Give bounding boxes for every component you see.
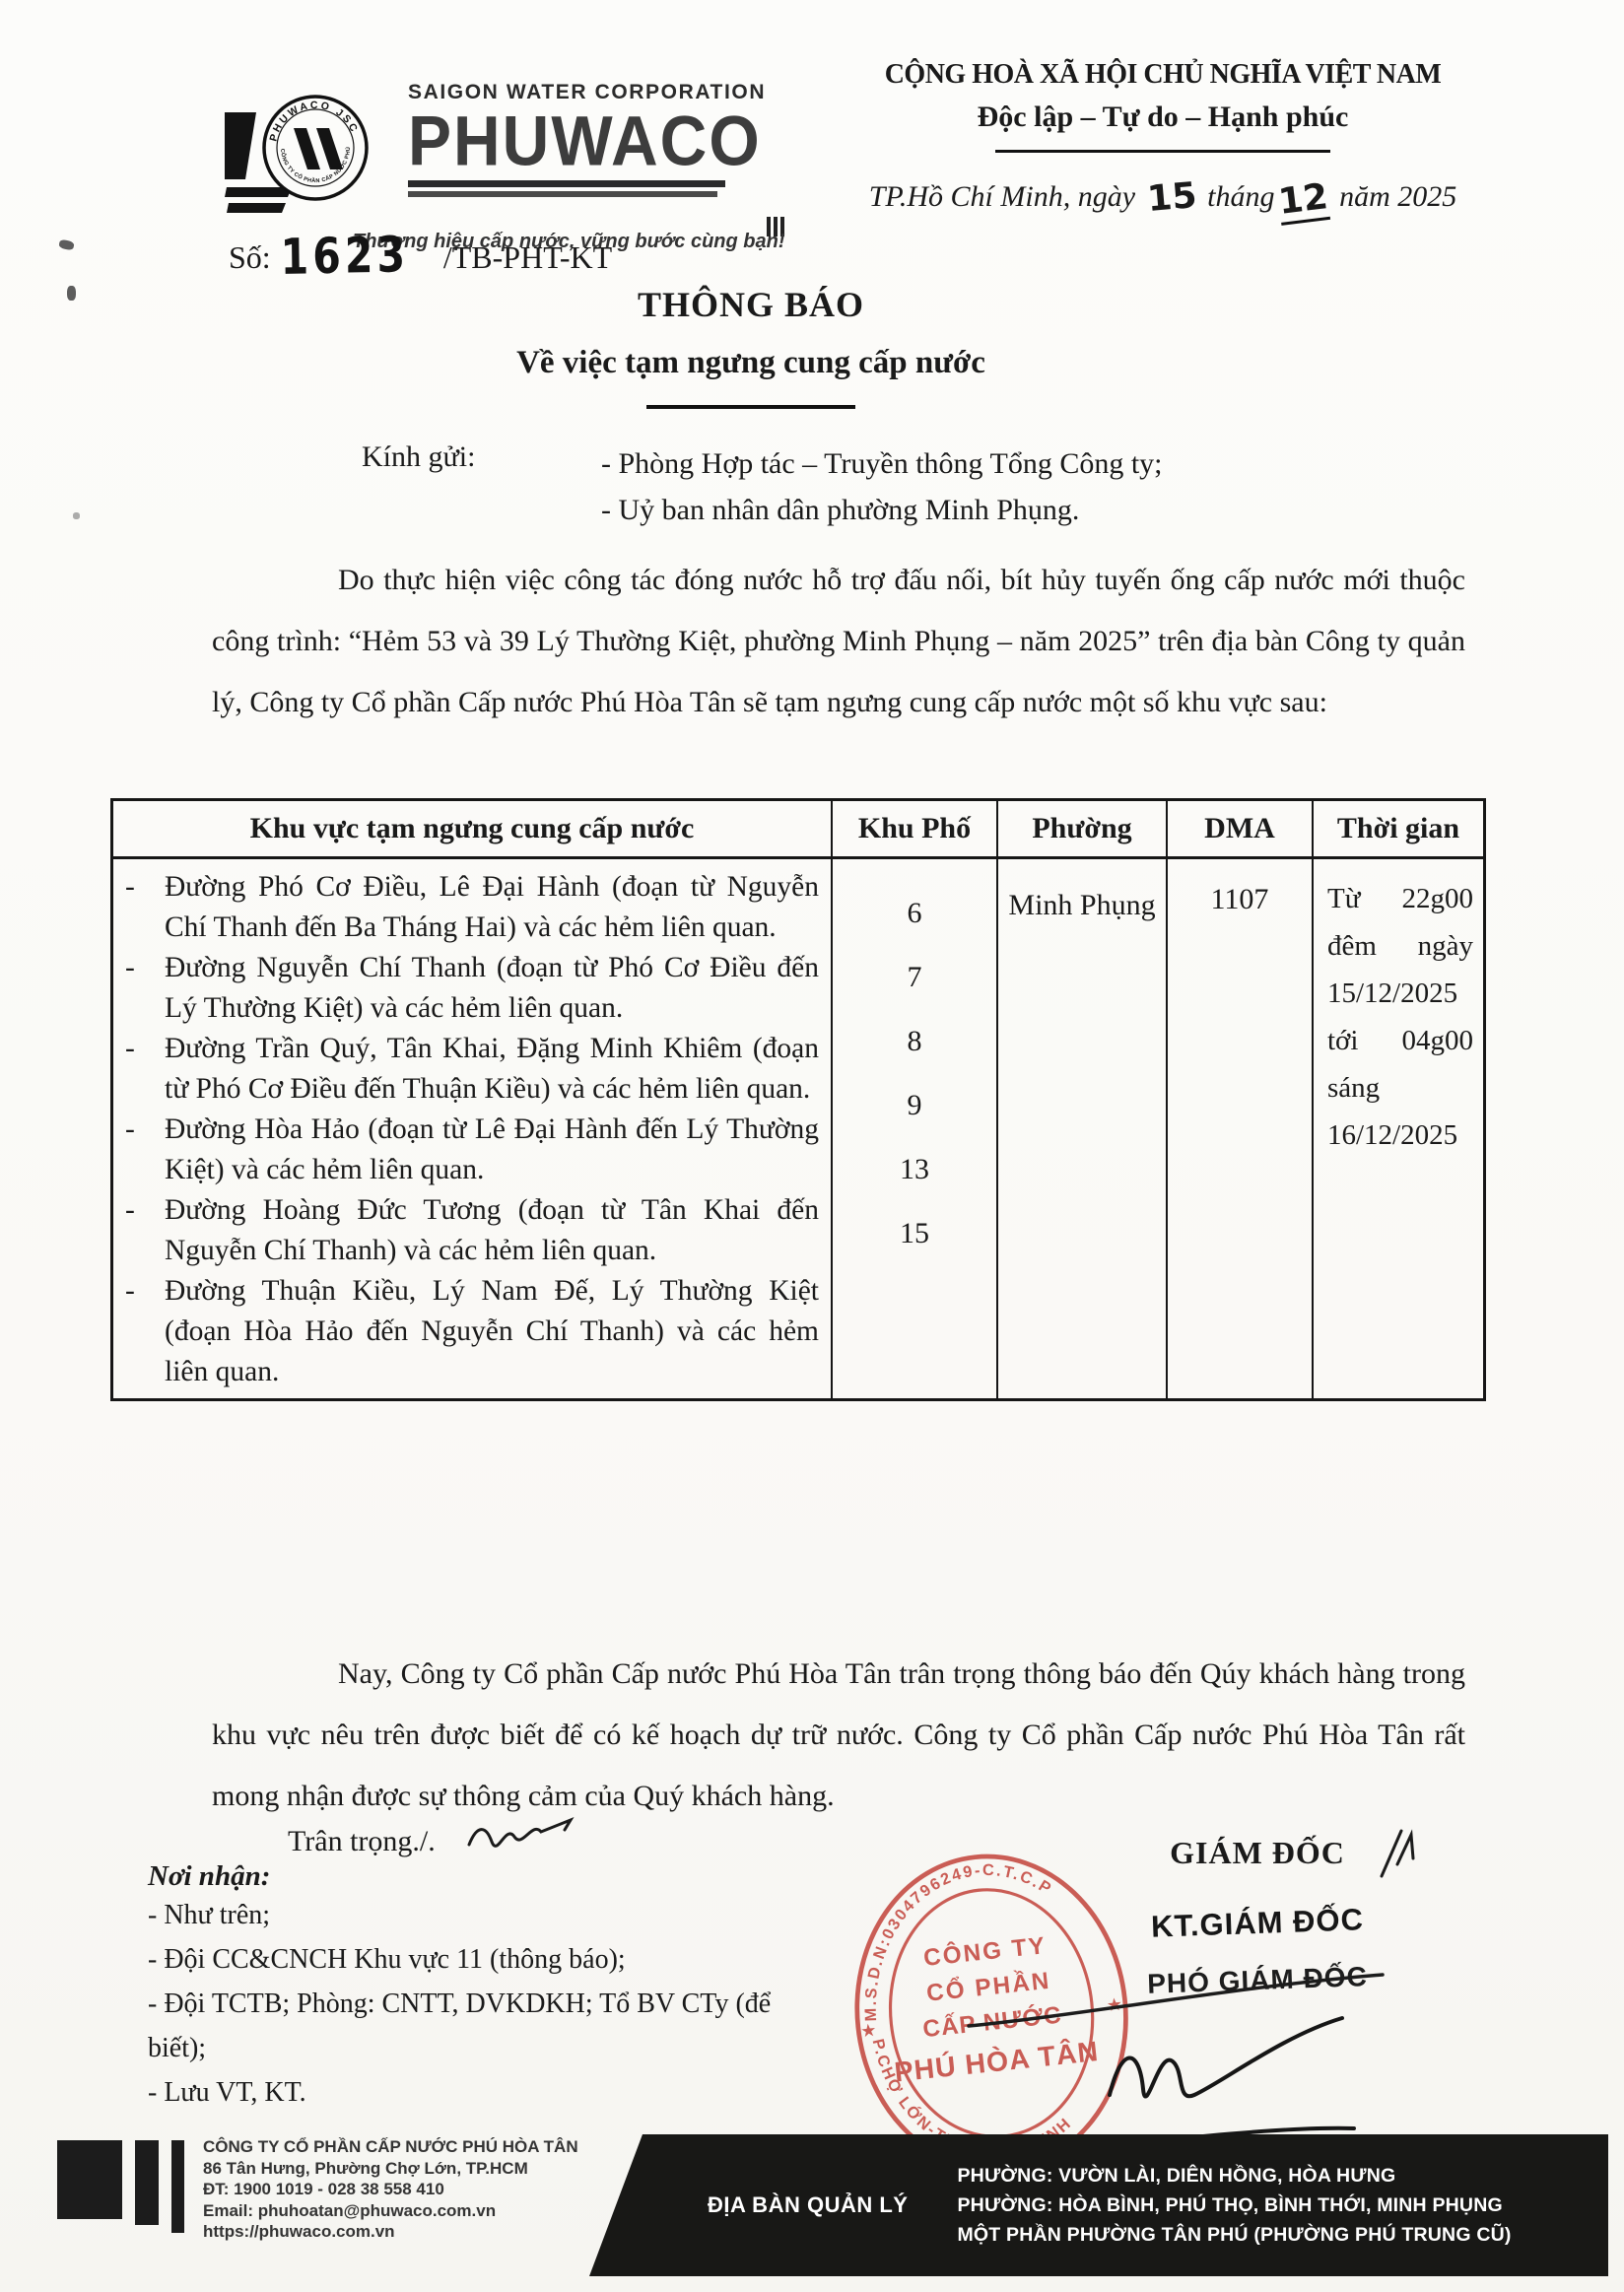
stamp-star-left: ★ [859,2020,877,2042]
cc-item: - Như trên; [148,1893,798,1937]
area-row: -Đường Nguyễn Chí Thanh (đoạn từ Phó Cơ … [121,948,819,1029]
footer-company-info: CÔNG TY CỔ PHẦN CẤP NƯỚC PHÚ HÒA TÂN 86 … [203,2136,578,2243]
khupho-number: 8 [833,1009,996,1073]
khupho-number: 9 [833,1073,996,1137]
national-motto-line2: Độc lập – Tự do – Hạnh phúc [823,101,1503,134]
cc-item: - Đội CC&CNCH Khu vực 11 (thông báo); [148,1937,798,1982]
motto-rule [995,150,1330,153]
table-header-areas: Khu vực tạm ngưng cung cấp nước [113,801,831,859]
brand-rule [408,180,725,187]
table-header-phuong: Phường [996,801,1166,859]
scan-speck [73,512,80,519]
table-cell-dma: 1107 [1166,859,1312,1398]
area-text: Đường Hòa Hảo (đoạn từ Lê Đại Hành đến L… [165,1110,819,1190]
national-header: CỘNG HOÀ XÃ HỘI CHỦ NGHĨA VIỆT NAM Độc l… [823,59,1503,218]
footer-area-line: MỘT PHẦN PHƯỜNG TÂN PHÚ (PHƯỜNG PHÚ TRUN… [957,2220,1511,2250]
cc-item: - Đội TCTB; Phòng: CNTT, DVKDKH; Tổ BV C… [148,1982,798,2070]
phuwaco-logo: PHUWACO JSC CÔNG TY CỔ PHẦN CẤP NƯỚC PHÚ… [225,87,382,235]
area-text: Đường Hoàng Đức Tương (đoạn từ Tân Khai … [165,1190,819,1271]
khupho-number: 13 [833,1137,996,1201]
khupho-number: 6 [833,881,996,945]
handwritten-initial [461,1811,579,1858]
document-title-block: THÔNG BÁO Về việc tạm ngưng cung cấp nướ… [386,284,1116,409]
kt-director-stamp: KT.GIÁM ĐỐC [1043,1898,1473,1948]
table-header-time: Thời gian [1312,801,1483,859]
logo-wedge [225,112,256,179]
area-row: -Đường Phó Cơ Điều, Lê Đại Hành (đoạn từ… [121,867,819,948]
footer-company-address: 86 Tân Hưng, Phường Chợ Lớn, TP.HCM [203,2158,578,2180]
dash-marker: - [121,1029,165,1110]
footer-logo-bars [57,2140,184,2233]
khupho-number: 15 [833,1201,996,1265]
footer-company-name: CÔNG TY CỔ PHẦN CẤP NƯỚC PHÚ HÒA TÂN [203,2136,578,2158]
brand-rule [408,191,717,197]
table-cell-khupho: 6 7 8 9 13 15 [831,859,996,1398]
document-number: Số:1623/TB-PHT-KT [229,229,612,286]
cc-item: - Lưu VT, KT. [148,2070,798,2115]
document-title: THÔNG BÁO [386,284,1116,325]
recipient-item: - Phòng Hợp tác – Truyền thông Tổng Công… [601,440,1163,487]
recipients-block: Kính gửi: - Phòng Hợp tác – Truyền thông… [362,440,1163,533]
document-page: PHUWACO JSC CÔNG TY CỔ PHẦN CẤP NƯỚC PHÚ… [0,0,1624,2292]
date-prefix: TP.Hồ Chí Minh, ngày [869,180,1135,213]
brand-name: PHUWACO [408,104,753,177]
footer-company-website: https://phuwaco.com.vn [203,2221,578,2243]
area-row: -Đường Thuận Kiều, Lý Nam Đế, Lý Thường … [121,1271,819,1392]
date-suffix: năm 2025 [1339,180,1456,213]
handwritten-day: 15 [1145,175,1197,220]
suspension-table: Khu vực tạm ngưng cung cấp nước Khu Phố … [110,798,1486,1401]
footer-company-email: Email: phuhoatan@phuwaco.com.vn [203,2200,578,2222]
area-row: -Đường Hoàng Đức Tương (đoạn từ Tân Khai… [121,1190,819,1271]
closing-paragraph: Nay, Công ty Cổ phần Cấp nước Phú Hòa Tâ… [212,1644,1465,1827]
signature-flourish [961,1963,1394,2042]
doc-no-label: Số: [229,239,271,275]
recipients-label: Kính gửi: [362,440,601,533]
area-text: Đường Phó Cơ Điều, Lê Đại Hành (đoạn từ … [165,867,819,948]
intro-paragraph: Do thực hiện việc công tác đóng nước hỗ … [212,550,1465,733]
footer-area-list: PHƯỜNG: VƯỜN LÀI, DIÊN HỒNG, HÒA HƯNG PH… [957,2161,1511,2250]
cc-label: Nơi nhận: [148,1860,798,1893]
footer-bar: CÔNG TY CỔ PHẦN CẤP NƯỚC PHÚ HÒA TÂN 86 … [57,2132,1551,2284]
table-cell-time: Từ 22g00 đêm ngày 15/12/2025 tới 04g00 s… [1312,859,1483,1398]
dash-marker: - [121,948,165,1029]
title-rule [646,405,855,409]
footer-area-line: PHƯỜNG: HÒA BÌNH, PHÚ THỌ, BÌNH THỚI, MI… [957,2191,1511,2220]
area-row: -Đường Hòa Hảo (đoạn từ Lê Đại Hành đến … [121,1110,819,1190]
dash-marker: - [121,867,165,948]
dash-marker: - [121,1110,165,1190]
table-cell-areas: -Đường Phó Cơ Điều, Lê Đại Hành (đoạn từ… [113,859,831,1398]
scan-speck [58,239,75,251]
doc-no-handwritten: 1623 [280,226,409,286]
regards-text: Trân trọng./. [288,1825,436,1857]
recipient-item: - Uỷ ban nhân dân phường Minh Phụng. [601,487,1163,533]
area-text: Đường Trần Quý, Tân Khai, Đặng Minh Khiê… [165,1029,819,1110]
area-text: Đường Nguyễn Chí Thanh (đoạn từ Phó Cơ Đ… [165,948,819,1029]
doc-no-suffix: /TB-PHT-KT [443,239,612,275]
dash-marker: - [121,1190,165,1271]
area-row: -Đường Trần Quý, Tân Khai, Đặng Minh Khi… [121,1029,819,1110]
table-header-khupho: Khu Phố [831,801,996,859]
footer-area-line: PHƯỜNG: VƯỜN LÀI, DIÊN HỒNG, HÒA HƯNG [957,2161,1511,2191]
footer-company-phone: ĐT: 1900 1019 - 028 38 558 410 [203,2179,578,2200]
handwritten-month: 12 [1277,176,1331,226]
area-text: Đường Thuận Kiều, Lý Nam Đế, Lý Thường K… [165,1271,819,1392]
scan-speck [67,286,76,301]
regards-line: Trân trọng./. [288,1811,579,1858]
cc-block: Nơi nhận: - Như trên; - Đội CC&CNCH Khu … [148,1860,798,2115]
document-subtitle: Về việc tạm ngưng cung cấp nước [386,345,1116,381]
place-date-line: TP.Hồ Chí Minh, ngày 15 tháng12 năm 2025 [823,174,1503,218]
handwritten-slash [1368,1825,1427,1884]
footer-service-area-panel: ĐỊA BÀN QUẢN LÝ PHƯỜNG: VƯỜN LÀI, DIÊN H… [589,2134,1608,2276]
date-mid: tháng [1207,180,1274,213]
dash-marker: - [121,1271,165,1392]
national-motto-line1: CỘNG HOÀ XÃ HỘI CHỦ NGHĨA VIỆT NAM [823,59,1503,91]
table-header-dma: DMA [1166,801,1312,859]
footer-area-label: ĐỊA BÀN QUẢN LÝ [708,2192,908,2218]
khupho-number: 7 [833,945,996,1009]
table-cell-phuong: Minh Phụng [996,859,1166,1398]
